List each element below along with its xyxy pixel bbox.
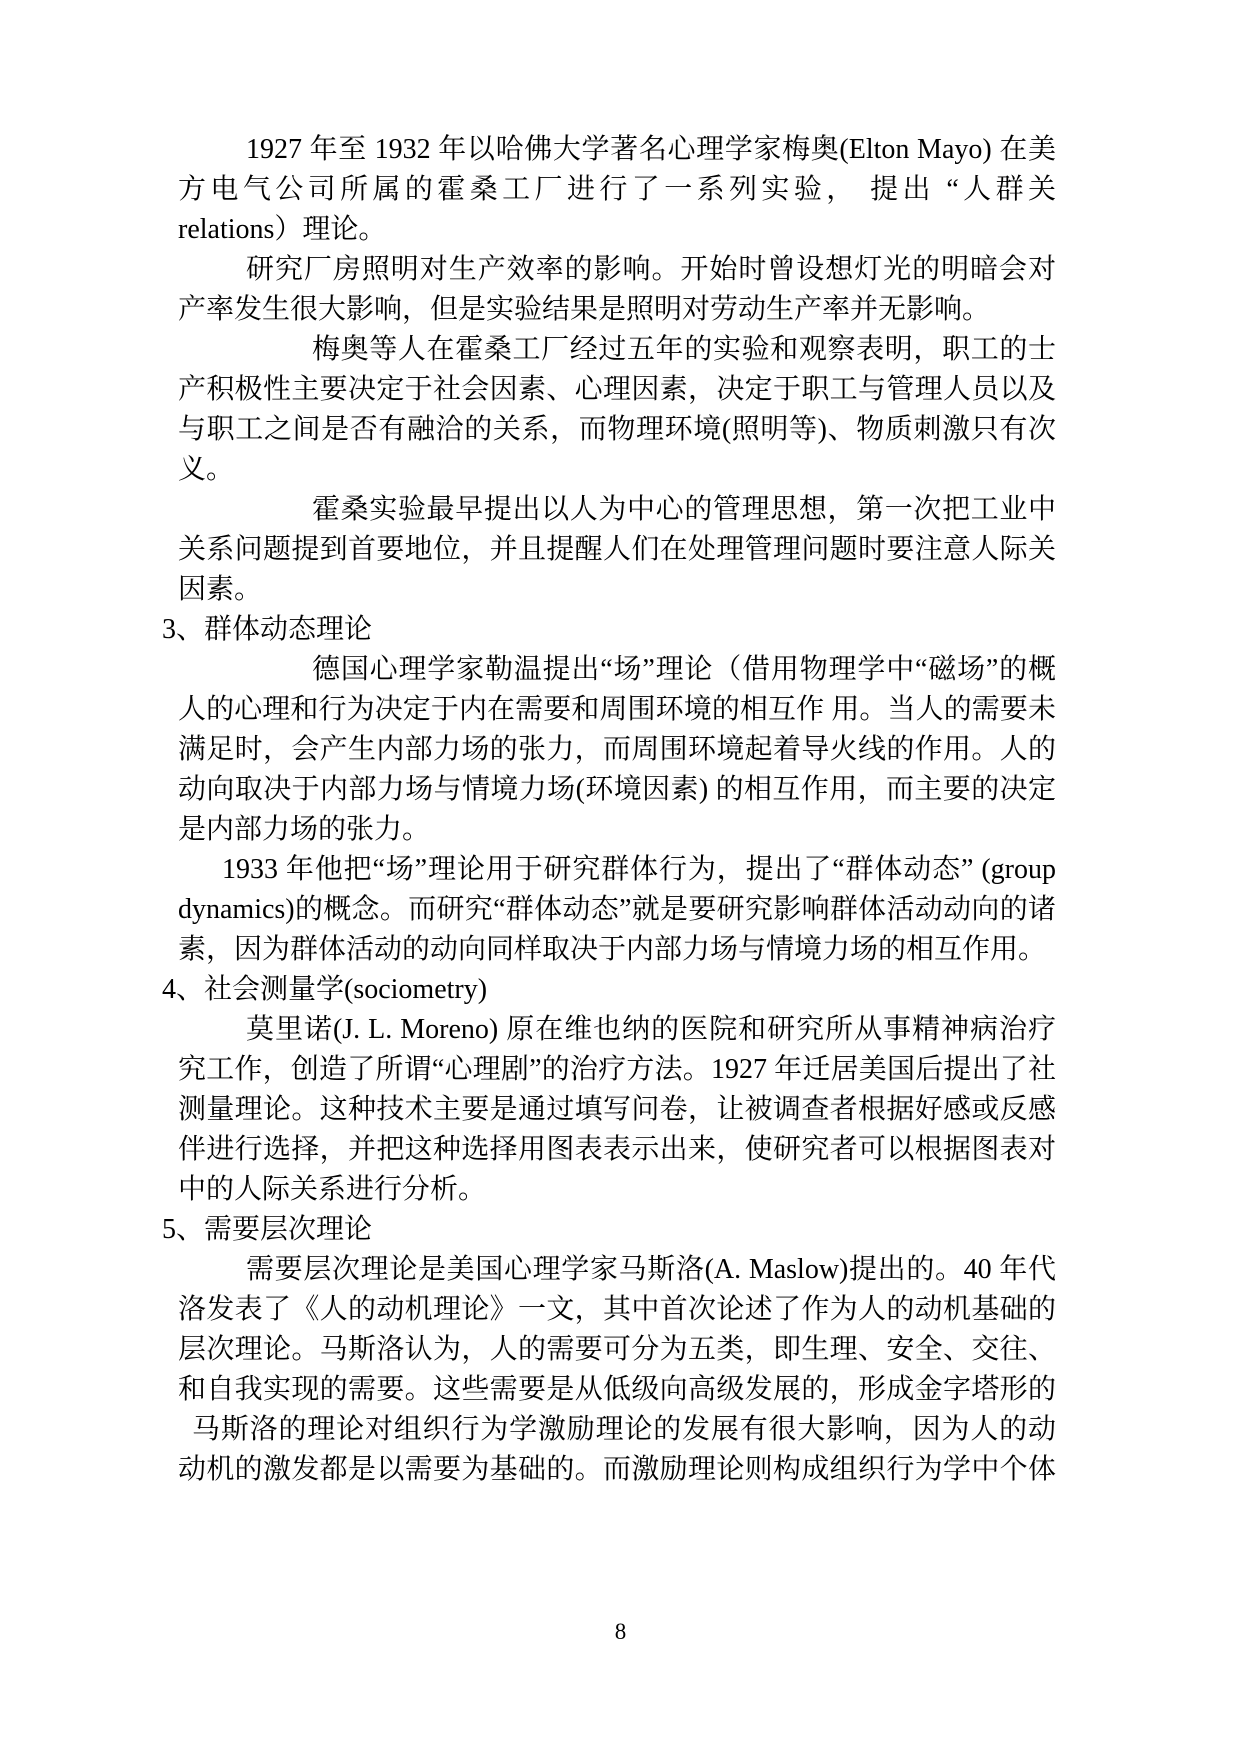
text-line: 1933 年他把“场”理论用于研究群体行为，提出了“群体动态” (group	[178, 850, 1056, 890]
paragraph: 霍桑实验最早提出以人为中心的管理思想，第一次把工业中的人际关系问题提到首要地位，…	[178, 490, 1056, 610]
page-number: 8	[0, 1616, 1241, 1648]
text-line: 研究厂房照明对生产效率的影响。开始时曾设想灯光的明暗会对劳动生	[178, 250, 1056, 290]
text-line: dynamics)的概念。而研究“群体动态”就是要研究影响群体活动动向的诸因	[178, 890, 1056, 930]
text-line: 梅奥等人在霍桑工厂经过五年的实验和观察表明，职工的士气、生	[178, 330, 1056, 370]
text-line: 关系问题提到首要地位，并且提醒人们在处理管理问题时要注意人际关系的	[178, 530, 1056, 570]
text-line: 产积极性主要决定于社会因素、心理因素，决定于职工与管理人员以及职工	[178, 370, 1056, 410]
text-line: 伴进行选择，并把这种选择用图表表示出来，使研究者可以根据图表对群体	[178, 1130, 1056, 1170]
paragraph: 莫里诺(J. L. Moreno) 原在维也纳的医院和研究所从事精神病治疗和研究…	[178, 1010, 1056, 1210]
text-line: 霍桑实验最早提出以人为中心的管理思想，第一次把工业中的人际	[178, 490, 1056, 530]
document-page: 1927 年至 1932 年以哈佛大学著名心理学家梅奥(Elton Mayo) …	[0, 0, 1241, 1754]
section-heading: 5、需要层次理论	[162, 1210, 1056, 1250]
text-line: 中的人际关系进行分析。	[178, 1170, 1056, 1210]
paragraph: 需要层次理论是美国心理学家马斯洛(A. Maslow)提出的。40 年代马斯洛发…	[178, 1250, 1056, 1410]
document-body: 1927 年至 1932 年以哈佛大学著名心理学家梅奥(Elton Mayo) …	[178, 130, 1056, 1490]
text-line: relations）理论。	[178, 210, 1056, 250]
text-line: 层次理论。马斯洛认为，人的需要可分为五类，即生理、安全、交往、尊重	[178, 1330, 1056, 1370]
text-line: 5、需要层次理论	[162, 1210, 1056, 1250]
paragraph: 马斯洛的理论对组织行为学激励理论的发展有很大影响，因为人的动机、动机的激发都是以…	[178, 1410, 1056, 1490]
text-line: 马斯洛的理论对组织行为学激励理论的发展有很大影响，因为人的动机、	[178, 1410, 1056, 1450]
text-line: 义。	[178, 450, 1056, 490]
text-line: 动向取决于内部力场与情境力场(环境因素) 的相互作用，而主要的决定因素	[178, 770, 1056, 810]
text-line: 因素。	[178, 570, 1056, 610]
paragraph: 1933 年他把“场”理论用于研究群体行为，提出了“群体动态” (groupdy…	[178, 850, 1056, 970]
text-line: 方电气公司所属的霍桑工厂进行了一系列实验， 提出 “人群关系”（human	[178, 170, 1056, 210]
section-heading: 3、群体动态理论	[162, 610, 1056, 650]
text-line: 和自我实现的需要。这些需要是从低级向高级发展的，形成金字塔形的层次。	[178, 1370, 1056, 1410]
text-line: 动机的激发都是以需要为基础的。而激励理论则构成组织行为学中个体行为	[178, 1450, 1056, 1490]
text-line: 德国心理学家勒温提出“场”理论（借用物理学中“磁场”的概念):	[178, 650, 1056, 690]
text-line: 人的心理和行为决定于内在需要和周围环境的相互作 用。当人的需要未得到	[178, 690, 1056, 730]
paragraph: 1927 年至 1932 年以哈佛大学著名心理学家梅奥(Elton Mayo) …	[178, 130, 1056, 250]
paragraph: 梅奥等人在霍桑工厂经过五年的实验和观察表明，职工的士气、生产积极性主要决定于社会…	[178, 330, 1056, 490]
text-line: 需要层次理论是美国心理学家马斯洛(A. Maslow)提出的。40 年代马斯	[178, 1250, 1056, 1290]
paragraph: 研究厂房照明对生产效率的影响。开始时曾设想灯光的明暗会对劳动生产率发生很大影响，…	[178, 250, 1056, 330]
section-heading: 4、社会测量学(sociometry)	[162, 970, 1056, 1010]
text-line: 4、社会测量学(sociometry)	[162, 970, 1056, 1010]
text-line: 与职工之间是否有融洽的关系，而物理环境(照明等)、物质刺激只有次要意	[178, 410, 1056, 450]
text-line: 产率发生很大影响，但是实验结果是照明对劳动生产率并无影响。	[178, 290, 1056, 330]
text-line: 究工作，创造了所谓“心理剧”的治疗方法。1927 年迁居美国后提出了社会	[178, 1050, 1056, 1090]
text-line: 莫里诺(J. L. Moreno) 原在维也纳的医院和研究所从事精神病治疗和研	[178, 1010, 1056, 1050]
text-line: 3、群体动态理论	[162, 610, 1056, 650]
text-line: 满足时，会产生内部力场的张力，而周围环境起着导火线的作用。人的行为	[178, 730, 1056, 770]
text-line: 是内部力场的张力。	[178, 810, 1056, 850]
text-line: 1927 年至 1932 年以哈佛大学著名心理学家梅奥(Elton Mayo) …	[178, 130, 1056, 170]
text-line: 测量理论。这种技术主要是通过填写问卷，让被调查者根据好感或反感对伙	[178, 1090, 1056, 1130]
paragraph: 德国心理学家勒温提出“场”理论（借用物理学中“磁场”的概念):人的心理和行为决定…	[178, 650, 1056, 850]
text-line: 洛发表了《人的动机理论》一文，其中首次论述了作为人的动机基础的需要	[178, 1290, 1056, 1330]
text-line: 素，因为群体活动的动向同样取决于内部力场与情境力场的相互作用。	[178, 930, 1056, 970]
